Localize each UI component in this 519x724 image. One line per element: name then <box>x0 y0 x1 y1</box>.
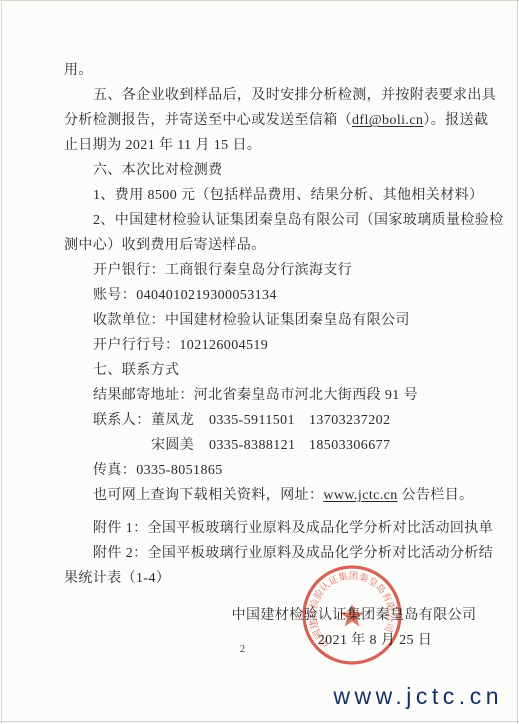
item5-line2-pre: 分析检测报告，并寄送至中心或发送至信箱（ <box>64 113 352 128</box>
attachment-2-line2: 果统计表（1-4） <box>64 566 477 591</box>
attachments-block: 附件 1：全国平板玻璃行业原料及成品化学分析对比活动回执单 附件 2：全国平板玻… <box>64 516 477 591</box>
contact-label <box>93 433 151 458</box>
account-number-line: 账号：0404010219300053134 <box>64 283 477 308</box>
item6-sub2-line1: 2、中国建材检验认证集团秦皇岛有限公司（国家玻璃质量检验检 <box>64 208 477 233</box>
contact-mobile: 18503306677 <box>309 433 477 458</box>
item5-line1: 五、各企业收到样品后，及时安排分析检测，并按附表要求出具 <box>64 83 477 108</box>
scanned-document-page: 用。 五、各企业收到样品后，及时安排分析检测，并按附表要求出具 分析检测报告，并… <box>0 0 519 724</box>
contact-tel: 0335-8388121 <box>209 433 309 458</box>
bank-line: 开户银行：工商银行秦皇岛分行滨海支行 <box>64 258 477 283</box>
attachment-2-line1: 附件 2：全国平板玻璃行业原料及成品化学分析对比活动分析结 <box>64 541 477 566</box>
contact-mobile: 13703237202 <box>309 408 477 433</box>
page-number: 2 <box>240 644 245 655</box>
item6-sub1: 1、费用 8500 元（包括样品费用、结果分析、其他相关材料） <box>64 183 477 208</box>
website-link-text: www.jctc.cn <box>323 488 397 503</box>
contact-name: 董凤龙 <box>151 408 199 433</box>
payee-line: 收款单位：中国建材检验认证集团秦皇岛有限公司 <box>64 308 477 333</box>
website-line-pre: 也可网上查询下载相关资料，网址： <box>93 488 323 503</box>
website-line: 也可网上查询下载相关资料，网址：www.jctc.cn 公告栏目。 <box>64 483 477 508</box>
fax-line: 传真：0335-8051865 <box>64 458 477 483</box>
item6-title: 六、本次比对检测费 <box>64 158 477 183</box>
attachment-1: 附件 1：全国平板玻璃行业原料及成品化学分析对比活动回执单 <box>64 516 477 541</box>
footer-website-url: www.jctc.cn <box>333 683 503 710</box>
bank-routing-line: 开户行行号：102126004519 <box>64 333 477 358</box>
item5-line2: 分析检测报告，并寄送至中心或发送至信箱（dfl@boli.cn）。报送截 <box>64 108 477 133</box>
item7-title: 七、联系方式 <box>64 358 477 383</box>
contact-name: 宋圆美 <box>151 433 199 458</box>
website-line-post: 公告栏目。 <box>398 488 474 503</box>
document-body: 用。 五、各企业收到样品后，及时安排分析检测，并按附表要求出具 分析检测报告，并… <box>0 0 519 653</box>
paragraph-intro-tail: 用。 <box>64 58 477 83</box>
signature-date: 2021 年 8 月 25 日 <box>205 628 519 653</box>
contact-label: 联系人： <box>93 408 151 433</box>
signature-block: 中国建材检验认证集团秦皇岛有限公司 2021 年 8 月 25 日 <box>184 603 519 653</box>
email-link-text: dfl@boli.cn <box>352 113 423 128</box>
item5-line3: 止日期为 2021 年 11 月 15 日。 <box>64 133 477 158</box>
item6-sub2-line2: 测中心）收到费用后寄送样品。 <box>64 233 477 258</box>
mailing-address-line: 结果邮寄地址：河北省秦皇岛市河北大街西段 91 号 <box>64 383 477 408</box>
contact-row: 宋圆美 0335-8388121 18503306677 <box>64 433 477 458</box>
signature-company: 中国建材检验认证集团秦皇岛有限公司 <box>184 603 519 628</box>
contact-tel: 0335-5911501 <box>209 408 309 433</box>
item5-line2-post: ）。报送截 <box>423 113 488 128</box>
scan-edge-bottom <box>0 721 519 723</box>
contact-row: 联系人： 董凤龙 0335-5911501 13703237202 <box>64 408 477 433</box>
